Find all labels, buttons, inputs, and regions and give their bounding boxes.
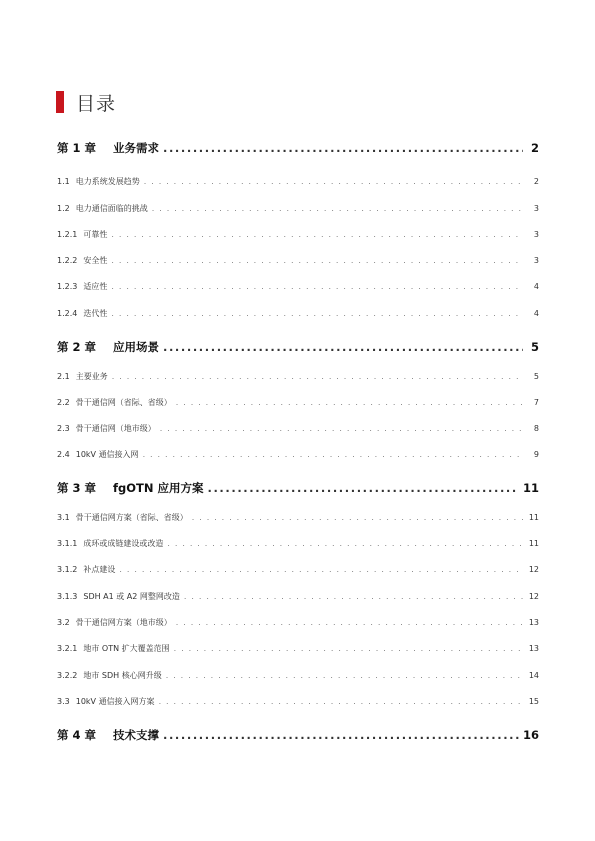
toc-section-entry[interactable]: 3.1.3SDH A1 或 A2 网整网改造12 — [57, 591, 539, 602]
toc-entry-number: 第 1 章 — [57, 140, 113, 156]
toc-section-entry[interactable]: 1.2.2安全性3 — [57, 255, 539, 266]
toc-section-entry[interactable]: 3.310kV 通信接入网方案15 — [57, 696, 539, 707]
toc-page-number: 16 — [523, 728, 539, 742]
toc-entry-title: 10kV 通信接入网 — [76, 449, 139, 460]
toc-entry-title: 迭代性 — [83, 308, 107, 319]
toc-section-entry[interactable]: 3.1骨干通信网方案（省际、省级）11 — [57, 512, 539, 523]
page-title: 目录 — [76, 89, 116, 116]
toc-section-entry[interactable]: 3.1.2补点建设12 — [57, 564, 539, 575]
dot-leader — [112, 372, 523, 381]
toc-chapter-entry[interactable]: 第 1 章业务需求2 — [57, 140, 539, 156]
dot-leader — [119, 565, 523, 574]
dot-leader — [176, 398, 523, 407]
toc-page-number: 9 — [527, 450, 539, 459]
toc-entry-number: 3.1.3 — [57, 592, 77, 601]
toc-entry-number: 3.2.1 — [57, 644, 77, 653]
toc-page-number: 5 — [527, 372, 539, 381]
toc-page-number: 11 — [527, 539, 539, 548]
toc-entry-number: 1.2.2 — [57, 256, 77, 265]
toc-section-entry[interactable]: 2.3骨干通信网（地市级）8 — [57, 423, 539, 434]
toc-entry-number: 第 3 章 — [57, 480, 113, 496]
dot-leader — [159, 697, 523, 706]
toc-entry-title: SDH A1 或 A2 网整网改造 — [83, 591, 180, 602]
dot-leader — [111, 230, 523, 239]
toc-entry-title: 安全性 — [83, 255, 107, 266]
toc-page-number: 12 — [527, 565, 539, 574]
toc-entry-title: 主要业务 — [76, 371, 108, 382]
toc-entry-number: 3.1.2 — [57, 565, 77, 574]
toc-entry-title: fgOTN 应用方案 — [113, 480, 203, 496]
toc-entry-title: 成环或成链建设或改造 — [83, 538, 163, 549]
toc-entry-title: 电力通信面临的挑战 — [76, 203, 148, 214]
toc-section-entry[interactable]: 2.410kV 通信接入网9 — [57, 449, 539, 460]
toc-page-number: 11 — [523, 481, 539, 495]
toc-page-number: 12 — [527, 592, 539, 601]
toc-entry-title: 补点建设 — [83, 564, 115, 575]
dot-leader — [166, 671, 523, 680]
toc-entry-title: 应用场景 — [113, 339, 159, 355]
toc-page-number: 3 — [527, 256, 539, 265]
toc-page-number: 5 — [527, 340, 539, 354]
dot-leader — [160, 424, 523, 433]
dot-leader — [163, 728, 519, 742]
toc-entry-title: 骨干通信网（地市级） — [76, 423, 156, 434]
toc-entry-title: 技术支撑 — [113, 727, 159, 743]
toc-chapter-entry[interactable]: 第 2 章应用场景5 — [57, 339, 539, 355]
toc-section-entry[interactable]: 1.2.1可靠性3 — [57, 229, 539, 240]
toc-section-entry[interactable]: 1.1电力系统发展趋势2 — [57, 176, 539, 187]
dot-leader — [163, 340, 523, 354]
toc-page-number: 13 — [527, 618, 539, 627]
dot-leader — [176, 618, 523, 627]
dot-leader — [167, 539, 523, 548]
dot-leader — [111, 309, 523, 318]
toc-section-entry[interactable]: 3.1.1成环或成链建设或改造11 — [57, 538, 539, 549]
dot-leader — [143, 450, 523, 459]
toc-entry-title: 骨干通信网方案（地市级） — [76, 617, 172, 628]
toc-page-number: 4 — [527, 282, 539, 291]
toc-entry-title: 地市 OTN 扩大覆盖范围 — [83, 643, 169, 654]
dot-leader — [152, 204, 523, 213]
toc-entry-number: 2.1 — [57, 372, 70, 381]
dot-leader — [192, 513, 523, 522]
toc-page-number: 14 — [527, 671, 539, 680]
toc-page-number: 2 — [527, 141, 539, 155]
toc-entry-number: 2.2 — [57, 398, 70, 407]
toc-section-entry[interactable]: 2.2骨干通信网（省际、省级）7 — [57, 397, 539, 408]
toc-entry-title: 业务需求 — [113, 140, 159, 156]
toc-page-number: 7 — [527, 398, 539, 407]
toc-section-entry[interactable]: 3.2.2地市 SDH 核心网升级14 — [57, 670, 539, 681]
toc-section-entry[interactable]: 1.2.3适应性4 — [57, 281, 539, 292]
page-header: 目录 — [56, 90, 116, 114]
toc-entry-title: 适应性 — [83, 281, 107, 292]
title-accent-bar — [56, 91, 64, 113]
toc-section-entry[interactable]: 1.2电力通信面临的挑战3 — [57, 203, 539, 214]
toc-chapter-entry[interactable]: 第 3 章fgOTN 应用方案11 — [57, 480, 539, 496]
toc-entry-title: 骨干通信网方案（省际、省级） — [76, 512, 188, 523]
dot-leader — [184, 592, 523, 601]
dot-leader — [144, 177, 523, 186]
dot-leader — [207, 481, 519, 495]
toc-page-number: 3 — [527, 230, 539, 239]
toc-entry-number: 2.3 — [57, 424, 70, 433]
toc-entry-number: 3.1.1 — [57, 539, 77, 548]
toc-page-number: 11 — [527, 513, 539, 522]
toc-section-entry[interactable]: 3.2.1地市 OTN 扩大覆盖范围13 — [57, 643, 539, 654]
toc-entry-title: 骨干通信网（省际、省级） — [76, 397, 172, 408]
toc-section-entry[interactable]: 3.2骨干通信网方案（地市级）13 — [57, 617, 539, 628]
toc-entry-number: 3.3 — [57, 697, 70, 706]
toc-entry-number: 1.2 — [57, 204, 70, 213]
toc-entry-number: 3.2 — [57, 618, 70, 627]
dot-leader — [111, 282, 523, 291]
toc-entry-title: 10kV 通信接入网方案 — [76, 696, 155, 707]
toc-entry-title: 地市 SDH 核心网升级 — [83, 670, 161, 681]
toc-page-number: 13 — [527, 644, 539, 653]
dot-leader — [111, 256, 523, 265]
toc-page-number: 15 — [527, 697, 539, 706]
toc-entry-number: 3.2.2 — [57, 671, 77, 680]
toc-chapter-entry[interactable]: 第 4 章技术支撑16 — [57, 727, 539, 743]
toc-entry-title: 电力系统发展趋势 — [76, 176, 140, 187]
toc-entry-number: 第 2 章 — [57, 339, 113, 355]
dot-leader — [163, 141, 523, 155]
toc-page-number: 2 — [527, 177, 539, 186]
toc-entry-number: 1.2.1 — [57, 230, 77, 239]
toc-page-number: 4 — [527, 309, 539, 318]
toc-entry-title: 可靠性 — [83, 229, 107, 240]
toc-page-number: 8 — [527, 424, 539, 433]
dot-leader — [174, 644, 523, 653]
toc-section-entry[interactable]: 1.2.4迭代性4 — [57, 308, 539, 319]
toc-entry-number: 2.4 — [57, 450, 70, 459]
toc-entry-number: 第 4 章 — [57, 727, 113, 743]
toc-entry-number: 1.1 — [57, 177, 70, 186]
toc-entry-number: 3.1 — [57, 513, 70, 522]
toc-entry-number: 1.2.3 — [57, 282, 77, 291]
toc-page-number: 3 — [527, 204, 539, 213]
toc-entry-number: 1.2.4 — [57, 309, 77, 318]
toc-section-entry[interactable]: 2.1主要业务5 — [57, 371, 539, 382]
